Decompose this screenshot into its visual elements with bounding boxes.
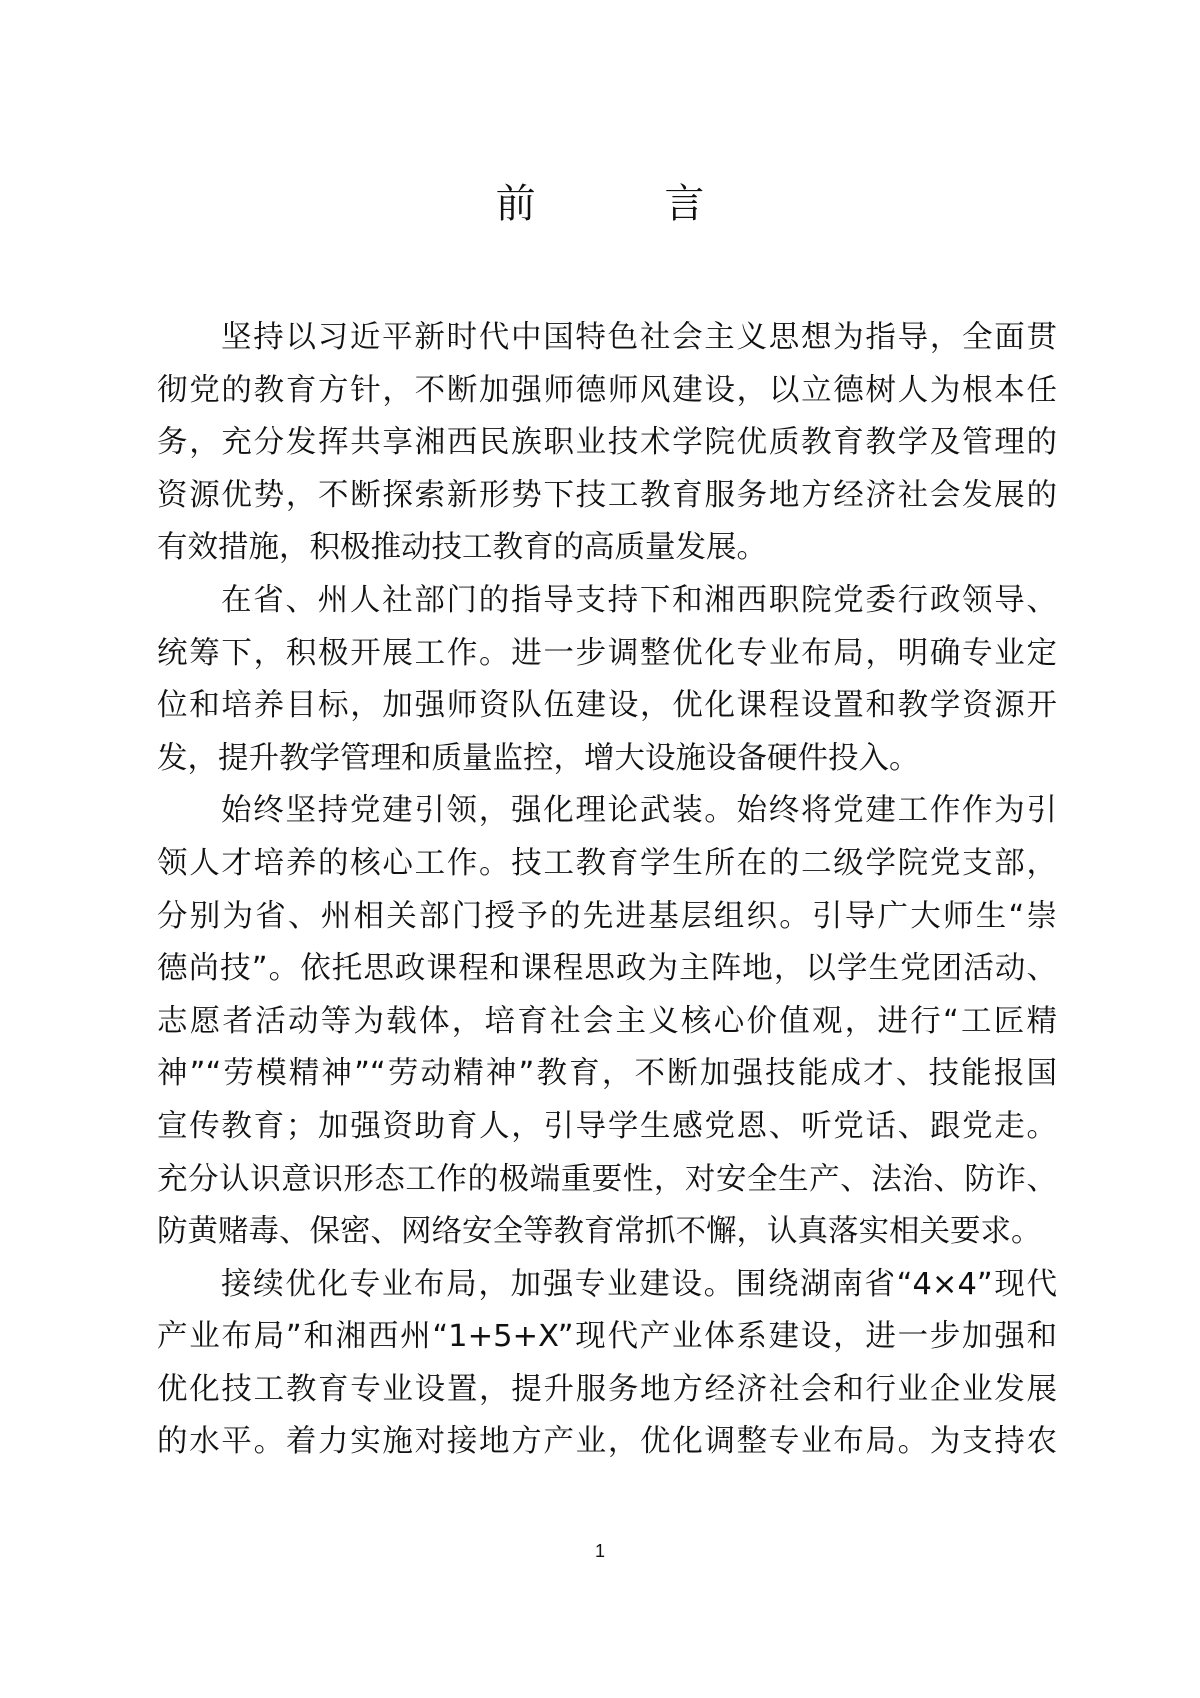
text-line: 防黄赌毒、保密、网络安全等教育常抓不懈，认真落实相关要求。 xyxy=(157,1206,1057,1259)
text-line: 资源优势，不断探索新形势下技工教育服务地方经济社会发展的 xyxy=(157,470,1057,523)
text-line: 坚持以习近平新时代中国特色社会主义思想为指导，全面贯 xyxy=(157,312,1057,365)
paragraph-3: 始终坚持党建引领，强化理论武装。始终将党建工作作为引 领人才培养的核心工作。技工… xyxy=(157,785,1057,1258)
text-line: 统筹下，积极开展工作。进一步调整优化专业布局，明确专业定 xyxy=(157,628,1057,681)
text-line: 德尚技”。依托思政课程和课程思政为主阵地，以学生党团活动、 xyxy=(157,943,1057,996)
text-line: 志愿者活动等为载体，培育社会主义核心价值观，进行“工匠精 xyxy=(157,996,1057,1049)
text-line: 接续优化专业布局，加强专业建设。围绕湖南省“4×4”现代 xyxy=(157,1259,1057,1312)
document-page: 前 言 坚持以习近平新时代中国特色社会主义思想为指导，全面贯 彻党的教育方针，不… xyxy=(0,0,1200,1698)
page-title: 前 言 xyxy=(0,178,1200,230)
text-line: 有效措施，积极推动技工教育的高质量发展。 xyxy=(157,522,1057,575)
page-number: 1 xyxy=(0,1541,1200,1562)
text-line: 位和培养目标，加强师资队伍建设，优化课程设置和教学资源开 xyxy=(157,680,1057,733)
text-line: 分别为省、州相关部门授予的先进基层组织。引导广大师生“崇 xyxy=(157,891,1057,944)
paragraph-1: 坚持以习近平新时代中国特色社会主义思想为指导，全面贯 彻党的教育方针，不断加强师… xyxy=(157,312,1057,575)
document-body: 坚持以习近平新时代中国特色社会主义思想为指导，全面贯 彻党的教育方针，不断加强师… xyxy=(157,312,1057,1469)
paragraph-2: 在省、州人社部门的指导支持下和湘西职院党委行政领导、 统筹下，积极开展工作。进一… xyxy=(157,575,1057,785)
text-line: 彻党的教育方针，不断加强师德师风建设，以立德树人为根本任 xyxy=(157,365,1057,418)
text-line: 神”“劳模精神”“劳动精神”教育，不断加强技能成才、技能报国 xyxy=(157,1048,1057,1101)
text-line: 发，提升教学管理和质量监控，增大设施设备硬件投入。 xyxy=(157,733,1057,786)
text-line: 在省、州人社部门的指导支持下和湘西职院党委行政领导、 xyxy=(157,575,1057,628)
text-line: 领人才培养的核心工作。技工教育学生所在的二级学院党支部， xyxy=(157,838,1057,891)
text-line: 务，充分发挥共享湘西民族职业技术学院优质教育教学及管理的 xyxy=(157,417,1057,470)
text-line: 产业布局”和湘西州“1+5+X”现代产业体系建设，进一步加强和 xyxy=(157,1311,1057,1364)
text-line: 宣传教育；加强资助育人，引导学生感党恩、听党话、跟党走。 xyxy=(157,1101,1057,1154)
text-line: 充分认识意识形态工作的极端重要性，对安全生产、法治、防诈、 xyxy=(157,1154,1057,1207)
text-line: 始终坚持党建引领，强化理论武装。始终将党建工作作为引 xyxy=(157,785,1057,838)
text-line: 优化技工教育专业设置，提升服务地方经济社会和行业企业发展 xyxy=(157,1364,1057,1417)
paragraph-4: 接续优化专业布局，加强专业建设。围绕湖南省“4×4”现代 产业布局”和湘西州“1… xyxy=(157,1259,1057,1469)
text-line: 的水平。着力实施对接地方产业，优化调整专业布局。为支持农 xyxy=(157,1416,1057,1469)
